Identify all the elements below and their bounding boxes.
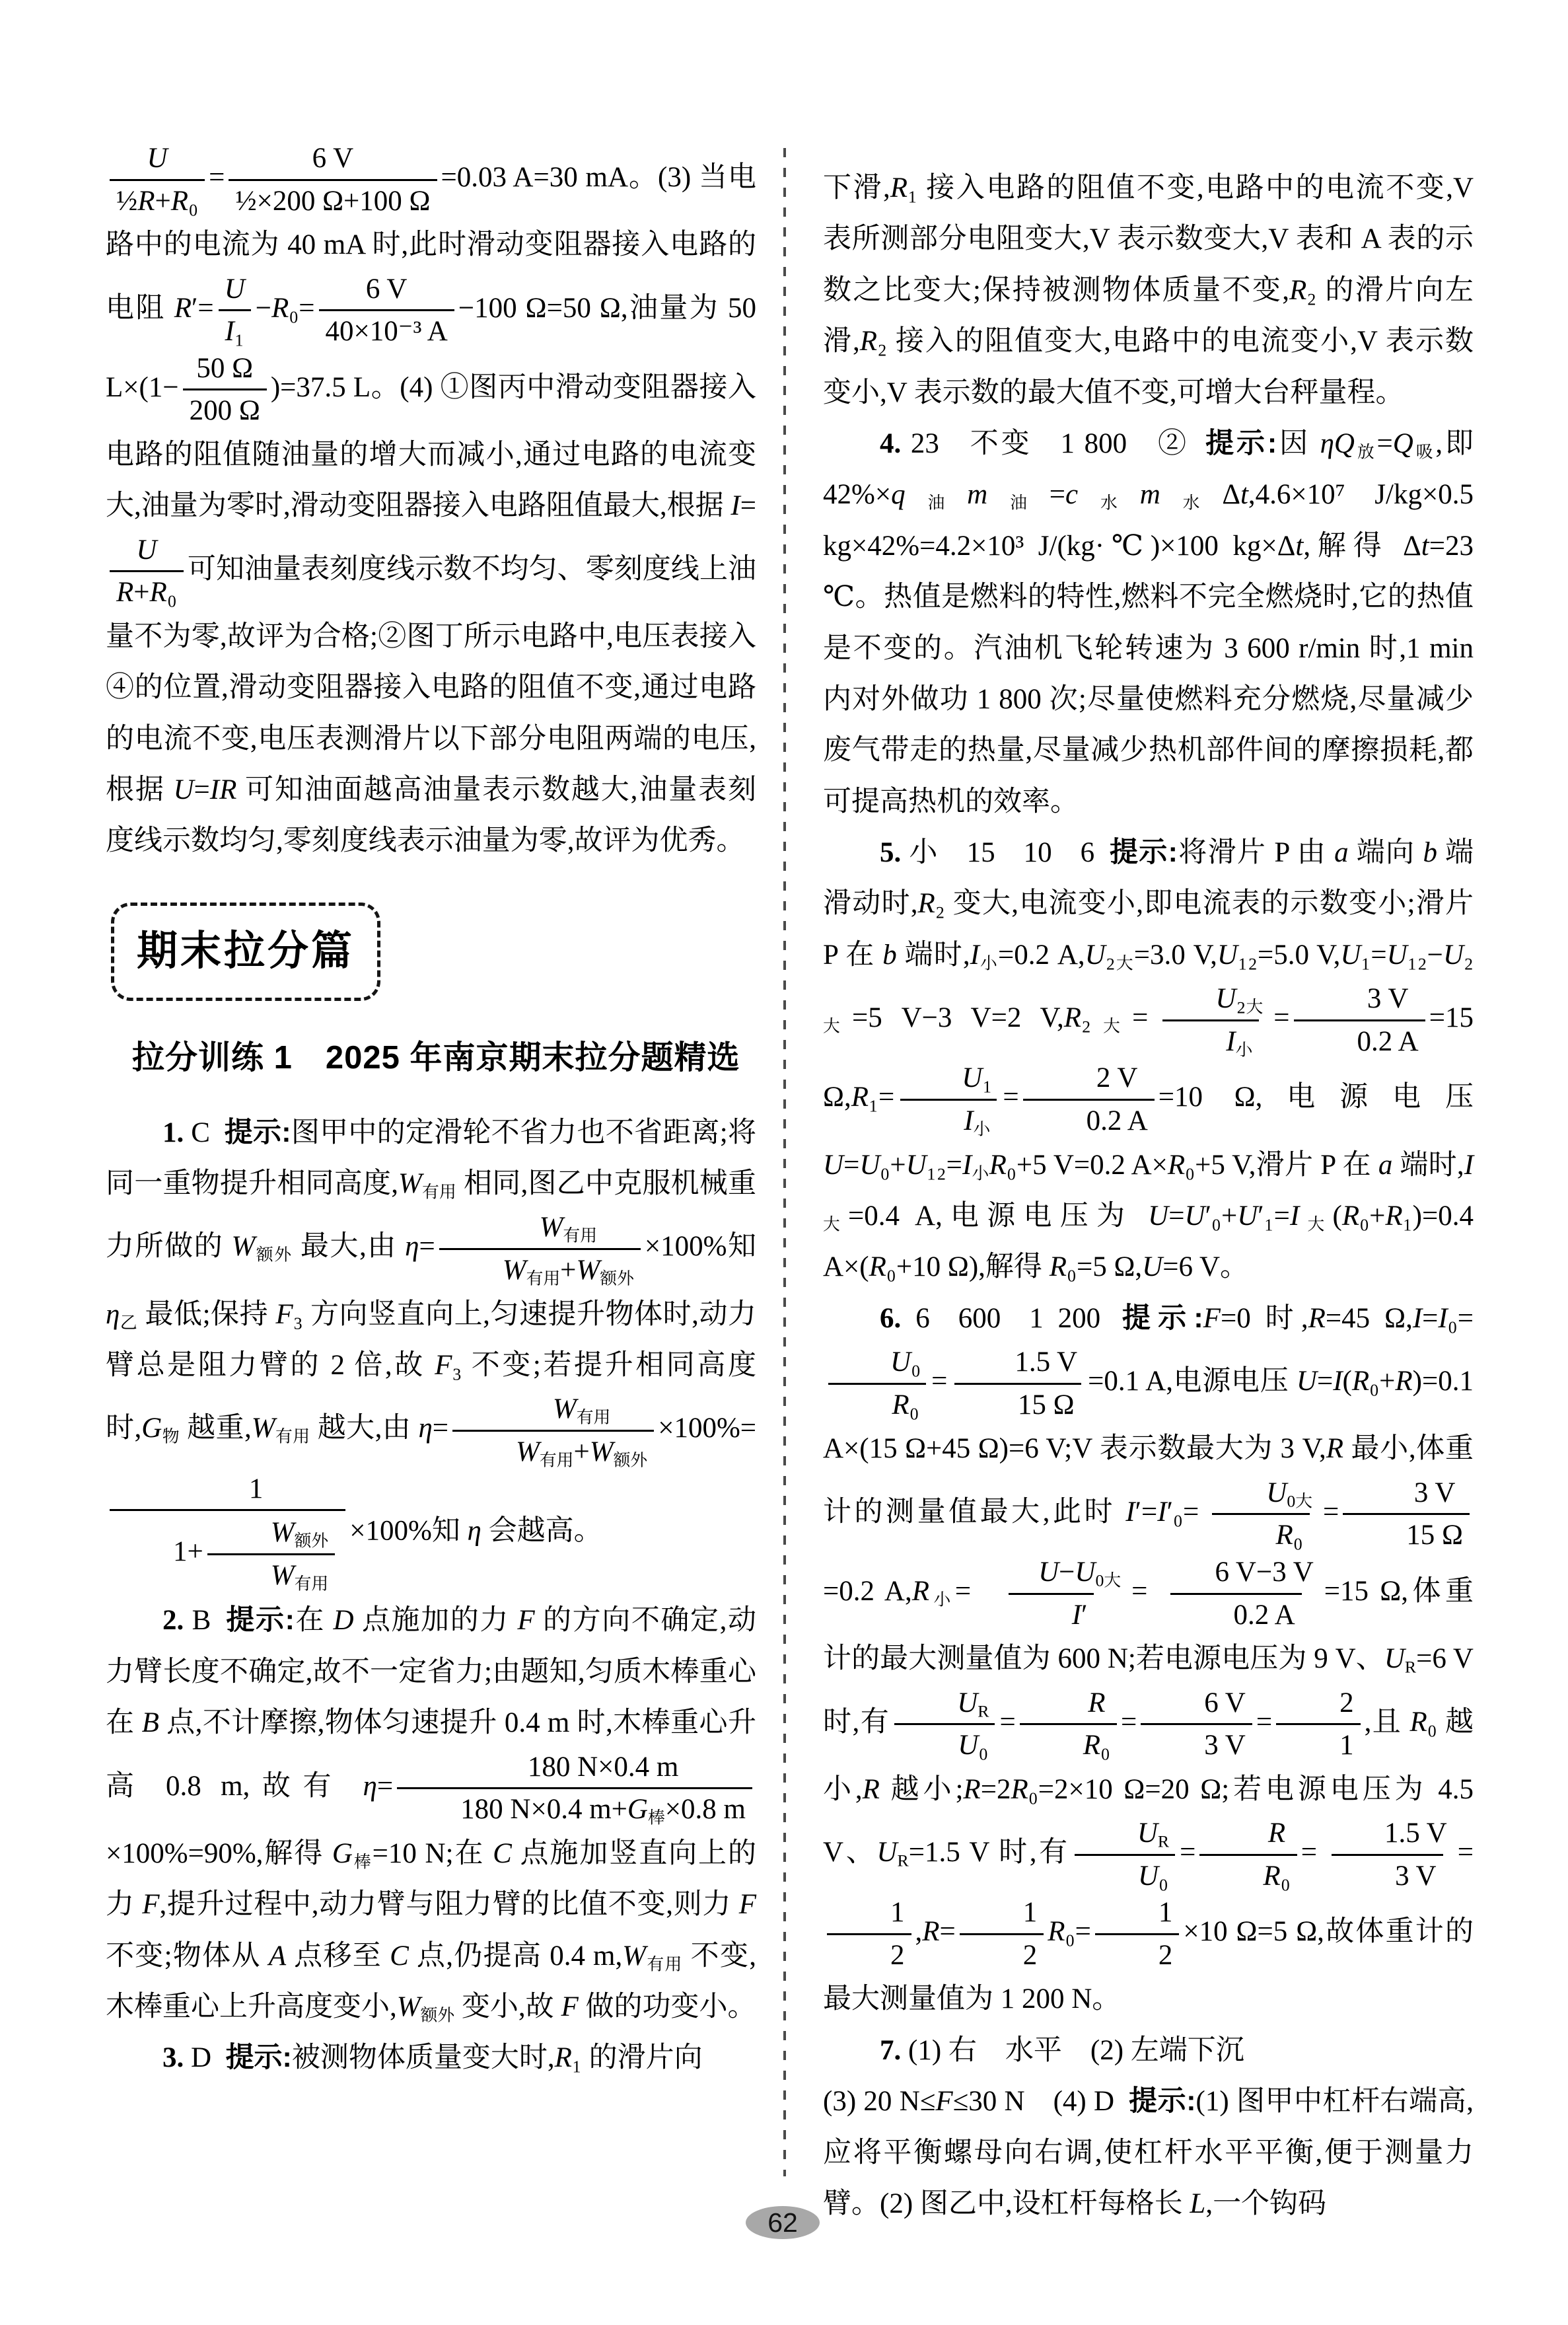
fraction-numerator: 3 V [1351, 1476, 1462, 1514]
fraction: 50 Ω200 Ω [183, 351, 267, 428]
fraction: U−U0大I′ [975, 1555, 1127, 1632]
subscript: 额外 [255, 1245, 292, 1265]
subscript: 棒 [648, 1808, 665, 1827]
subscript: 油 [906, 494, 968, 513]
math-variable: U [1038, 1557, 1059, 1588]
subscript: 有用 [577, 1408, 611, 1427]
fraction: 6 V½×200 Ω+100 Ω [229, 141, 437, 218]
math-variable: I [1226, 1026, 1235, 1057]
fraction: 2 V0.2 A [1023, 1061, 1155, 1138]
fraction-numerator: 1.5 V [1321, 1816, 1454, 1854]
math-variable: U [225, 274, 245, 305]
math-variable: W [252, 1413, 275, 1444]
math-variable: D [334, 1605, 354, 1636]
fraction: U₀R₀ [827, 1345, 927, 1422]
math-variable: W [540, 1212, 563, 1243]
subscript: R [1405, 1658, 1416, 1677]
fraction: 12 [1095, 1896, 1180, 1972]
fraction-numerator: W有用 [489, 1392, 617, 1430]
math-variable: m [1140, 479, 1160, 510]
answer-paragraph: 4. 23 不变 1 800 ② 提示:因 ηQ放=Q吸,即 42%×q油m油=… [823, 418, 1474, 827]
page-number-badge: 62 [746, 2206, 820, 2239]
fraction-denominator: W有用 [207, 1553, 335, 1593]
workbook-answer-page: U½R+R₀=6 V½×200 Ω+100 Ω=0.03 A=30 mA。(3)… [0, 0, 1568, 2325]
subscript: 小 [929, 1590, 955, 1609]
fraction-denominator: ½×200 Ω+100 Ω [229, 179, 437, 219]
answer-number: 3. [162, 2042, 184, 2073]
math-variable: U [906, 1150, 927, 1181]
math-variable: U [1297, 1366, 1317, 1397]
fraction: 1.5 V15 Ω [951, 1345, 1084, 1422]
fraction-numerator: W额外 [207, 1516, 335, 1553]
fraction-denominator: 3 V [1141, 1723, 1252, 1763]
fraction: RR₀ [1199, 1816, 1297, 1893]
math-variable: η [405, 1231, 419, 1262]
fraction: 1.5 V3 V [1321, 1816, 1454, 1893]
math-variable: R [1275, 1520, 1293, 1551]
fraction-denominator: 0.2 A [1023, 1099, 1155, 1138]
math-variable: W [553, 1393, 577, 1424]
subscript: 额外 [600, 1269, 634, 1288]
answer-paragraph: 3. D 提示:被测物体质量变大时,R₁ 的滑片向 [106, 2032, 756, 2083]
math-variable: η [468, 1515, 481, 1546]
math-variable: F [935, 2086, 952, 2117]
subscript: 放 [1355, 443, 1377, 462]
math-variable: R [1352, 1366, 1369, 1397]
answer-number: 5. [880, 837, 901, 868]
math-variable: U [958, 1730, 978, 1761]
subscript: R [1158, 1832, 1169, 1851]
fraction-denominator: R₀ [1212, 1513, 1309, 1553]
answer-number: 4. [880, 428, 901, 459]
fraction: 6 V3 V [1141, 1686, 1252, 1763]
math-variable: U [1148, 1200, 1168, 1232]
fraction: URU₀ [894, 1686, 995, 1763]
math-variable: R [860, 326, 877, 357]
math-variable: F [739, 1889, 756, 1920]
fraction-denominator: 40×10⁻³ A [319, 309, 454, 349]
math-variable: R [1011, 1774, 1028, 1805]
column-divider [783, 148, 786, 2176]
fraction-denominator: 1+W额外W有用 [110, 1509, 345, 1594]
math-variable: I [962, 1150, 972, 1181]
math-variable: G [141, 1413, 162, 1444]
math-variable: R [1168, 1150, 1185, 1181]
math-variable: IR [210, 774, 237, 805]
subscript: 乙 [120, 1313, 137, 1332]
answer-number: 2. [162, 1605, 184, 1636]
math-variable: ηQ [1320, 428, 1355, 459]
fraction-denominator: I小 [900, 1099, 997, 1138]
subscript: 大 [1116, 954, 1134, 973]
math-variable: R [1050, 1251, 1067, 1282]
fraction-denominator: U₀ [1075, 1854, 1175, 1894]
math-variable: R [1289, 275, 1306, 306]
math-variable: U [1085, 940, 1106, 971]
math-variable: η [106, 1299, 120, 1330]
math-variable: W [271, 1517, 295, 1548]
fraction-denominator: 2 [960, 1933, 1044, 1973]
math-variable: q [891, 479, 906, 510]
math-variable: U [823, 1150, 843, 1181]
math-variable: U [859, 1150, 880, 1181]
fraction-numerator: 6 V [359, 272, 414, 310]
math-variable: R [918, 888, 935, 919]
math-variable: I [1413, 1303, 1422, 1334]
math-variable: W [622, 1940, 646, 1972]
math-variable: R [1342, 1200, 1359, 1232]
subscript: 小 [980, 954, 998, 973]
math-variable: U [1387, 940, 1408, 971]
math-variable: U [890, 1347, 911, 1378]
subscript: 棒 [353, 1852, 373, 1871]
left-column: U½R+R₀=6 V½×200 Ω+100 Ω=0.03 A=30 mA。(3)… [106, 140, 756, 2084]
math-variable: A [269, 1940, 286, 1972]
hint-label: 提示: [225, 1604, 295, 1636]
math-variable: m [967, 479, 987, 510]
fraction: 6 V−3 V0.2 A [1151, 1555, 1320, 1632]
subscript: 水 [1078, 494, 1140, 513]
subscript: 有用 [275, 1427, 310, 1446]
math-variable: R [1308, 1303, 1326, 1334]
math-variable: R [1395, 1366, 1412, 1397]
math-variable: U [957, 1687, 978, 1718]
fraction: 6 V40×10⁻³ A [319, 272, 454, 349]
fraction-denominator: R₀ [1199, 1854, 1297, 1894]
math-variable: U [1443, 940, 1464, 971]
math-variable: R [555, 2042, 572, 2073]
math-variable: b [882, 940, 897, 971]
math-variable: t [1240, 479, 1248, 510]
math-variable: a [1334, 837, 1349, 868]
math-variable: R [863, 1774, 880, 1805]
math-variable: R [1263, 1861, 1280, 1892]
fraction-denominator: 15 Ω [954, 1383, 1081, 1422]
math-variable: η [363, 1771, 377, 1802]
fraction-numerator: 3 V [1304, 982, 1415, 1019]
section-box-row: 期末拉分篇 [111, 903, 756, 1002]
subscript: 有用 [526, 1269, 561, 1288]
math-variable: W [590, 1436, 614, 1467]
math-variable: R [963, 1774, 980, 1805]
right-column: 下滑,R₁ 接入电路的阻值不变,电路中的电流不变,V 表所测部分电阻变大,V 表… [823, 163, 1474, 2229]
fraction: U₁I小 [898, 1061, 999, 1138]
fraction-numerator: U [141, 141, 174, 179]
math-variable: U [147, 143, 168, 174]
math-variable: U [1340, 940, 1361, 971]
hint-label: 提示: [224, 1117, 291, 1148]
subscript: R [897, 1851, 908, 1870]
subscript: 0大 [1287, 1492, 1312, 1511]
math-variable: R [1268, 1818, 1285, 1849]
subscript: 小 [972, 1163, 989, 1183]
math-variable: I [1290, 1200, 1299, 1232]
fraction-denominator: 2 [827, 1933, 911, 1973]
math-variable: W [398, 1168, 422, 1199]
math-variable: G [627, 1794, 648, 1825]
math-variable: R [271, 293, 289, 324]
fraction: 11+W额外W有用 [110, 1472, 345, 1594]
math-variable: U [1075, 1557, 1095, 1588]
fraction-denominator: R₀ [1020, 1723, 1117, 1763]
subscript: 0大 [1095, 1571, 1121, 1590]
answer-paragraph: 下滑,R₁ 接入电路的阻值不变,电路中的电流不变,V 表所测部分电阻变大,V 表… [823, 163, 1474, 418]
math-variable: R [137, 186, 155, 217]
math-variable: I [1157, 1496, 1166, 1528]
fraction-denominator: R+R₀ [110, 570, 184, 610]
math-variable: I [225, 316, 234, 347]
math-variable: G [332, 1838, 353, 1869]
answer-paragraph: 1. C 提示:图甲中的定滑轮不省力也不省距离;将同一重物提升相同高度,W有用 … [106, 1107, 756, 1596]
fraction-numerator: 50 Ω [190, 351, 260, 389]
math-variable: I [1438, 1303, 1447, 1334]
answer-paragraph: 6. 6 600 1 200 提示:F=0 时,R=45 Ω,I=I₀=U₀R₀… [823, 1293, 1474, 2025]
fraction: W额外W有用 [207, 1516, 335, 1592]
fraction: RR₀ [1020, 1686, 1117, 1763]
math-variable: I [1072, 1600, 1081, 1631]
fraction: 12 [960, 1896, 1044, 1972]
math-variable: R [1064, 1002, 1081, 1033]
math-variable: R [150, 577, 167, 608]
fraction: W有用W有用+W额外 [439, 1210, 641, 1287]
math-variable: F [1203, 1303, 1221, 1334]
page-number: 62 [767, 2207, 798, 2238]
subscript: 大 [823, 1017, 852, 1036]
fraction-numerator: U₂大 [1152, 982, 1269, 1019]
fraction-denominator: 15 Ω [1343, 1513, 1470, 1553]
fraction-numerator: UR [1074, 1816, 1176, 1854]
fraction-numerator: 2 [1276, 1686, 1361, 1724]
math-variable: I [731, 490, 740, 521]
math-variable: I [970, 940, 980, 971]
math-variable: U [962, 1062, 982, 1093]
math-variable: R [1385, 1200, 1402, 1232]
fraction-numerator: 1 [960, 1896, 1044, 1933]
fraction: 3 V0.2 A [1294, 982, 1425, 1058]
subscript: 额外 [421, 2006, 455, 2025]
math-variable: b [1423, 837, 1437, 868]
fraction-denominator: ½R+R₀ [110, 179, 205, 219]
math-variable: R [890, 172, 908, 203]
math-variable: W [232, 1231, 256, 1262]
math-variable: C [493, 1838, 512, 1869]
math-variable: U [1138, 1861, 1158, 1892]
fraction-numerator: 180 N×0.4 m [464, 1750, 686, 1788]
hint-label: 提示: [1129, 2085, 1196, 2117]
math-variable: U [1237, 1200, 1258, 1232]
math-variable: U [1217, 940, 1238, 971]
math-variable: R [912, 1576, 929, 1607]
math-variable: R [116, 577, 133, 608]
fraction-denominator: U₀ [894, 1723, 995, 1763]
answer-number: 7. [880, 2035, 901, 2066]
fraction: U0大R₀ [1203, 1476, 1319, 1553]
hint-label: 提示: [1115, 1302, 1203, 1334]
math-variable: a [1378, 1150, 1393, 1181]
math-variable: t [1295, 531, 1303, 562]
fraction-numerator: U [218, 272, 252, 310]
fraction-numerator: W有用 [476, 1210, 604, 1248]
math-variable: W [576, 1255, 600, 1286]
math-variable: R [174, 293, 192, 324]
math-variable: R [1088, 1687, 1105, 1718]
subscript: 大 [1091, 1017, 1132, 1036]
fraction-numerator: 1 [827, 1896, 911, 1933]
subscript: 大 [1299, 1215, 1332, 1234]
math-variable: η [418, 1413, 432, 1444]
math-variable: R [851, 1082, 869, 1113]
subscript: 小 [974, 1120, 991, 1139]
fraction-numerator: 6 V [1141, 1686, 1252, 1724]
math-variable: W [271, 1560, 295, 1591]
math-variable: R [171, 186, 188, 217]
math-variable: C [390, 1940, 409, 1972]
math-variable: R [1410, 1707, 1427, 1738]
hint-label: 提示: [1109, 836, 1178, 868]
fraction-numerator: R [1024, 1686, 1112, 1724]
fraction: U½R+R₀ [110, 141, 205, 218]
answer-number: 1. [162, 1117, 184, 1148]
math-variable: Q [1393, 428, 1413, 459]
subscript: R [978, 1701, 989, 1720]
fraction-numerator: U0大 [1203, 1476, 1319, 1514]
math-variable: U [1137, 1818, 1158, 1849]
fraction-numerator: 6 V [306, 141, 361, 179]
math-variable: U [1266, 1477, 1287, 1508]
fraction-denominator: W有用+W额外 [439, 1248, 641, 1288]
fraction: W有用W有用+W额外 [452, 1392, 654, 1469]
subscript: 有用 [422, 1183, 456, 1202]
section-title-box: 期末拉分篇 [111, 903, 380, 1002]
subscript: 有用 [295, 1574, 329, 1594]
hint-label: 提示: [226, 2042, 292, 2073]
subscript: 有用 [563, 1226, 597, 1245]
math-variable: U [1215, 983, 1236, 1014]
math-variable: R [922, 1916, 939, 1947]
math-variable: R [1326, 1433, 1343, 1464]
fraction-denominator: R₀ [828, 1383, 925, 1422]
fraction: 3 V15 Ω [1343, 1476, 1470, 1553]
math-variable: R [1083, 1730, 1100, 1761]
answer-paragraph: (3) 20 N≤F≤30 N (4) D 提示:(1) 图甲中杠杆右端高,应将… [823, 2076, 1474, 2229]
math-variable: W [397, 1991, 421, 2022]
fraction-denominator: 1 [1276, 1723, 1361, 1763]
training-heading: 拉分训练 1 2025 年南京期末拉分题精选 [132, 1029, 756, 1087]
fraction-numerator: 1 [1095, 1896, 1180, 1933]
fraction-denominator: I′ [1009, 1593, 1094, 1633]
math-variable: c [1065, 479, 1078, 510]
math-variable: F [435, 1350, 452, 1381]
fraction: UI₁ [218, 272, 252, 349]
math-variable: B [142, 1707, 159, 1738]
fraction: U₂大I小 [1152, 982, 1269, 1058]
fraction-numerator: UR [894, 1686, 995, 1724]
math-variable: U [173, 774, 194, 805]
fraction: URU₀ [1074, 1816, 1176, 1893]
fraction-numerator: U₀ [827, 1345, 927, 1383]
subscript: 有用 [540, 1451, 574, 1470]
fraction-numerator: U [129, 533, 163, 571]
answer-paragraph: 5. 小 15 10 6 提示:将滑片 P 由 a 端向 b 端滑动时,R₂ 变… [823, 827, 1474, 1293]
subscript: 额外 [614, 1451, 648, 1470]
math-variable: I [964, 1105, 973, 1136]
fraction: 21 [1276, 1686, 1361, 1763]
fraction-denominator: W有用+W额外 [452, 1430, 654, 1469]
subscript: 物 [162, 1427, 180, 1446]
math-variable: W [503, 1255, 526, 1286]
subscript: 吸 [1413, 443, 1436, 462]
fraction-denominator: 3 V [1332, 1854, 1443, 1894]
fraction-numerator: R [1205, 1816, 1292, 1854]
answer-number: 6. [880, 1303, 901, 1334]
subscript: 大 [823, 1215, 848, 1234]
math-variable: I [1464, 1150, 1474, 1181]
math-variable: U [136, 535, 157, 566]
fraction-denominator: I₁ [219, 309, 251, 349]
subscript: 油 [987, 494, 1050, 513]
fraction-denominator: 180 N×0.4 m+G棒×0.8 m [397, 1787, 752, 1827]
answer-paragraph: 7. (1) 右 水平 (2) 左端下沉 [823, 2025, 1474, 2076]
subscript: 有用 [646, 1954, 683, 1974]
fraction: 180 N×0.4 m180 N×0.4 m+G棒×0.8 m [397, 1750, 752, 1827]
math-variable: t [1421, 531, 1429, 562]
math-variable: F [275, 1299, 293, 1330]
math-variable: W [516, 1436, 540, 1467]
answer-paragraph: U½R+R₀=6 V½×200 Ω+100 Ω=0.03 A=30 mA。(3)… [106, 140, 756, 867]
math-variable: F [517, 1605, 534, 1636]
math-variable: I [1333, 1366, 1342, 1397]
fraction: 12 [827, 1896, 911, 1972]
fraction-numerator: U−U0大 [975, 1555, 1127, 1593]
math-variable: U [1384, 1643, 1405, 1674]
subscript: 大 [1246, 998, 1263, 1017]
math-variable: F [142, 1889, 159, 1920]
fraction-numerator: 6 V−3 V [1151, 1555, 1320, 1593]
math-variable: R [869, 1251, 886, 1282]
math-variable: R [1048, 1916, 1065, 1947]
hint-label: 提示: [1203, 427, 1277, 459]
math-variable: R [892, 1389, 909, 1421]
answer-paragraph: 2. B 提示:在 D 点施加的力 F 的方向不确定,动力臂长度不确定,故不一定… [106, 1595, 756, 2032]
math-variable: U [1185, 1200, 1205, 1232]
fraction: UR+R₀ [110, 533, 184, 610]
math-variable: L [1190, 2188, 1205, 2219]
math-variable: F [561, 1991, 578, 2022]
subscript: 水 [1160, 494, 1223, 513]
subscript: 额外 [295, 1532, 329, 1551]
math-variable: R [989, 1150, 1007, 1181]
fraction-numerator: U₁ [898, 1061, 999, 1099]
fraction-denominator: 0.2 A [1294, 1019, 1425, 1059]
fraction-denominator: 200 Ω [183, 388, 267, 428]
fraction-numerator: 2 V [1033, 1061, 1145, 1099]
math-variable: I [1125, 1496, 1135, 1528]
fraction-denominator: 0.2 A [1170, 1593, 1302, 1633]
subscript: 小 [1236, 1041, 1253, 1060]
fraction-denominator: I小 [1162, 1019, 1259, 1059]
fraction-numerator: 1 [186, 1472, 270, 1510]
math-variable: U [1142, 1251, 1162, 1282]
fraction-denominator: 2 [1095, 1933, 1180, 1973]
fraction-numerator: 1.5 V [951, 1345, 1084, 1383]
math-variable: U [876, 1837, 897, 1868]
